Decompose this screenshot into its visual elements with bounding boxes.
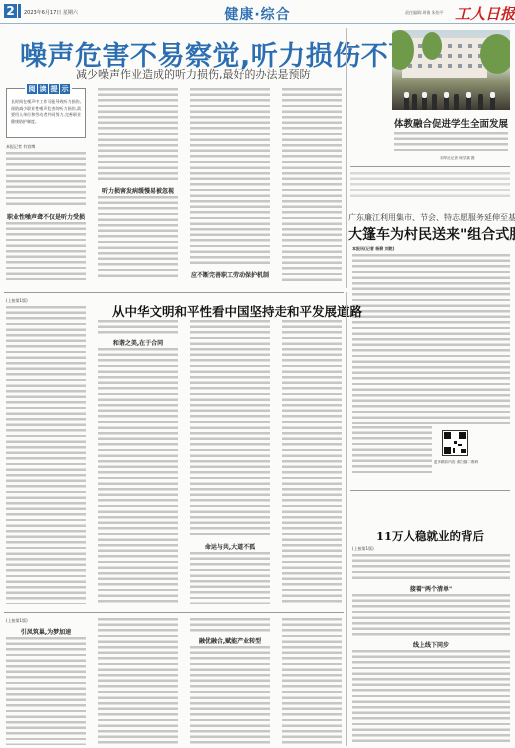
middle-column-3b [190,552,270,604]
right-story-kicker: 广东廉江利用集市、节会、特志愿服务延伸至基层 [348,212,512,223]
reading-tips-box: 阅 读 提 示 长时间在噪声中工作可能导致听力损伤,预防减少职业性噪声危害的听力… [6,88,86,138]
lead-column-3 [190,88,270,266]
lead-subsection-2: 听力损害发病缓慢易被忽视 [98,186,178,195]
lead-byline: 本报记者 有容博 [6,144,35,150]
right-story-body-2 [352,426,432,476]
reading-tips-title: 阅 读 提 示 [25,84,72,94]
bottom-column-2 [98,618,178,745]
middle-column-2a [98,320,178,334]
lead-column-1b [6,222,86,280]
employment-divider [350,490,510,491]
middle-column-4 [282,320,342,604]
employment-body-1 [352,554,510,580]
bottom-column-3a [190,618,270,632]
lead-column-2 [98,88,178,182]
middle-divider [4,292,344,293]
lead-column-2b [98,196,178,280]
employment-body-3 [352,650,510,744]
bottom-divider [4,612,344,613]
bottom-subsection-2: 融优融合,赋能产业转型 [190,636,270,645]
middle-subsection-1: 和谐之美,在于合同 [98,338,178,347]
lead-subsection-3: 应不断完善职工劳动保护机制 [190,270,270,279]
right-story-body [352,254,510,424]
lead-column-4 [282,88,342,282]
middle-subsection-2: 命运与共,大道不孤 [190,542,270,551]
bottom-column-3b [190,646,270,745]
employment-body-2 [352,594,510,636]
editors-credit: 责任编辑:周倩 朱怡平 [405,10,444,16]
right-top-text [350,172,510,200]
lead-subheadline: 减少噪声作业造成的听力损伤,最好的办法是预防 [76,66,311,82]
employment-continued: (上接第1版) [352,546,374,552]
reading-tips-body: 长时间在噪声中工作可能导致听力损伤,预防减少职业性噪声危害的听力损伤,需要用人单… [11,99,81,133]
bottom-column-1 [6,637,86,745]
bottom-continued: (上接第1版) [6,618,28,624]
photo-story-title: 体教融合促进学生全面发展 [392,116,510,130]
qr-caption: 更多精彩内容 请扫描二维码 [433,460,479,465]
column-divider-lower [346,292,347,746]
right-divider [350,166,510,167]
middle-column-2b [98,348,178,604]
right-story-byline: 本报讯(记者 杨柳 刘乾) [352,246,394,252]
school-photo [392,30,510,110]
middle-column-3a [190,320,270,538]
lead-column-1 [6,152,86,208]
middle-continued: (上接第1版) [6,298,28,304]
lead-subsection-1: 职业性噪声聋不仅是听力受损 [6,212,86,221]
photo-story-caption [394,132,508,154]
employment-subsection-1: 接着"两个清单" [352,584,510,593]
middle-column-1 [6,306,86,604]
photo-credit: 刘华社记者 杨学斌 摄 [440,156,475,161]
bottom-column-4 [282,618,342,745]
column-divider [346,28,347,288]
newspaper-logo: 工人日报 [455,3,515,24]
employment-subsection-2: 线上线下同步 [352,640,510,649]
bottom-subsection-1: 引凤筑巢,为梦加速 [6,627,86,636]
middle-headline: 从中华文明和平性看中国坚持走和平发展道路 [112,302,352,320]
qr-code[interactable] [442,430,468,456]
right-story-headline: 大篷车为村民送来"组合式服务" [348,224,512,244]
employment-headline: 11万人稳就业的背后 [348,528,512,544]
